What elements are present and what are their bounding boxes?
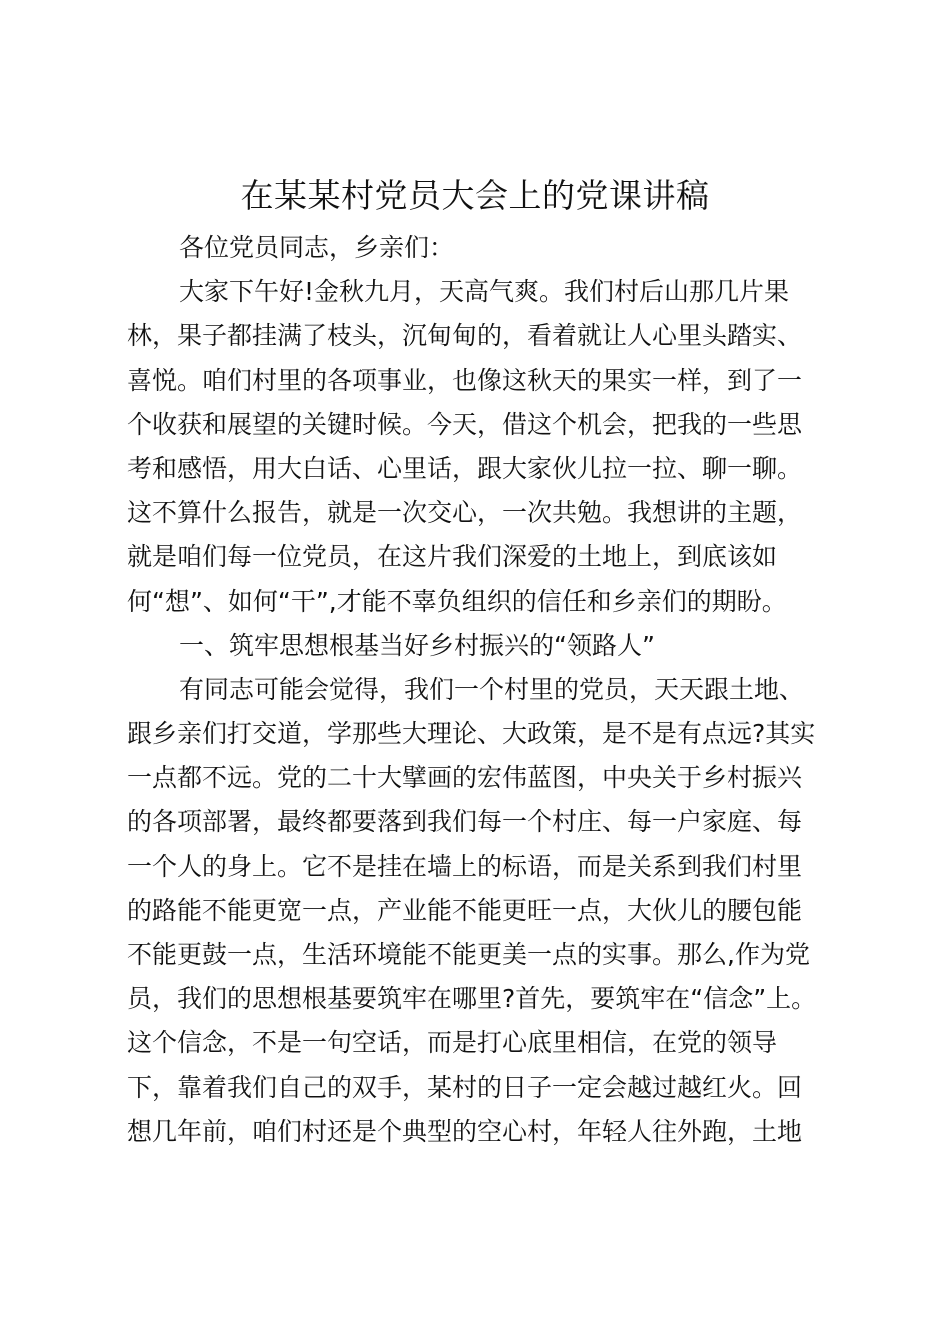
text-line: 不能更鼓一点，生活环境能不能更美一点的实事。那么,作为党 bbox=[127, 933, 837, 977]
text-line: 有同志可能会觉得，我们一个村里的党员，天天跟土地、 bbox=[127, 668, 837, 712]
text-line: 员，我们的思想根基要筑牢在哪里?首先，要筑牢在“信念”上。 bbox=[127, 977, 837, 1021]
text-line: 跟乡亲们打交道，学那些大理论、大政策，是不是有点远?其实 bbox=[127, 712, 837, 756]
text-line: 考和感悟，用大白话、心里话，跟大家伙儿拉一拉、聊一聊。 bbox=[127, 447, 837, 491]
document-page: 在某某村党员大会上的党课讲稿 各位党员同志，乡亲们： 大家下午好!金秋九月，天高… bbox=[0, 0, 950, 1344]
document-body: 各位党员同志，乡亲们： 大家下午好!金秋九月，天高气爽。我们村后山那几片果 林，… bbox=[127, 226, 837, 1154]
text-line: 的路能不能更宽一点，产业能不能更旺一点，大伙儿的腰包能 bbox=[127, 889, 837, 933]
text-line: 喜悦。咱们村里的各项事业，也像这秋天的果实一样，到了一 bbox=[127, 359, 837, 403]
text-line: 就是咱们每一位党员，在这片我们深爱的土地上，到底该如 bbox=[127, 535, 837, 579]
text-line: 何“想”、如何“干”,才能不辜负组织的信任和乡亲们的期盼。 bbox=[127, 580, 837, 624]
text-line: 想几年前，咱们村还是个典型的空心村，年轻人往外跑，土地 bbox=[127, 1110, 837, 1154]
text-line: 下，靠着我们自己的双手，某村的日子一定会越过越红火。回 bbox=[127, 1066, 837, 1110]
section-heading: 一、筑牢思想根基当好乡村振兴的“领路人” bbox=[127, 624, 837, 668]
text-line: 的各项部署，最终都要落到我们每一个村庄、每一户家庭、每 bbox=[127, 800, 837, 844]
text-line: 一点都不远。党的二十大擘画的宏伟蓝图，中央关于乡村振兴 bbox=[127, 756, 837, 800]
text-line: 林，果子都挂满了枝头，沉甸甸的，看着就让人心里头踏实、 bbox=[127, 314, 837, 358]
text-line: 这个信念，不是一句空话，而是打心底里相信，在党的领导 bbox=[127, 1021, 837, 1065]
text-line: 这不算什么报告，就是一次交心，一次共勉。我想讲的主题， bbox=[127, 491, 837, 535]
text-line: 一个人的身上。它不是挂在墙上的标语，而是关系到我们村里 bbox=[127, 845, 837, 889]
text-line: 个收获和展望的关键时候。今天，借这个机会，把我的一些思 bbox=[127, 403, 837, 447]
greeting-line: 各位党员同志，乡亲们： bbox=[127, 226, 837, 270]
document-title: 在某某村党员大会上的党课讲稿 bbox=[0, 172, 950, 220]
text-line: 大家下午好!金秋九月，天高气爽。我们村后山那几片果 bbox=[127, 270, 837, 314]
